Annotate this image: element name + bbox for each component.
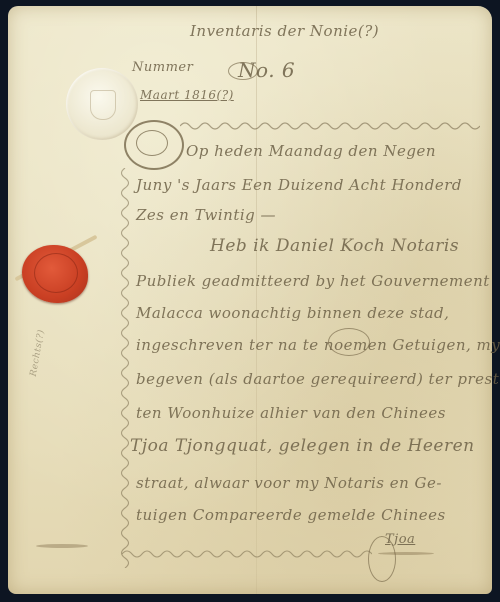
text-line-3: Zes en Twintig —: [136, 206, 276, 224]
text-line-2: Juny 's Jaars Een Duizend Acht Honderd: [136, 176, 462, 194]
text-line-4: Heb ik Daniel Koch Notaris: [210, 236, 459, 256]
ink-flourish: [228, 62, 258, 80]
wax-seal-icon: [22, 245, 88, 303]
decorative-wavy-border-top: [180, 120, 480, 132]
date-note: Maart 1816(?): [140, 88, 234, 102]
text-line-7: ingeschreven ter na te noemen Getuigen, …: [136, 336, 500, 354]
decorative-initial-o: [124, 120, 184, 170]
signature: Tjoa: [385, 532, 415, 547]
ink-smudge: [378, 552, 434, 555]
text-line-5: Publiek geadmitteerd by het Gouvernement: [136, 272, 490, 290]
text-line-11: straat, alwaar voor my Notaris en Ge-: [136, 474, 442, 492]
text-line-9: ten Woonhuize alhier van den Chinees: [136, 404, 446, 422]
text-line-8: begeven (als daartoe gerequireerd) ter p…: [136, 370, 500, 388]
decorative-wavy-border-left: [118, 168, 132, 568]
document-heading: Inventaris der Nonie(?): [190, 22, 379, 40]
reference-label: Nummer: [132, 60, 193, 75]
decorative-wavy-border-bottom: [122, 548, 372, 560]
ink-flourish: [328, 328, 370, 356]
embossed-seal-icon: [66, 68, 138, 140]
ink-smudge: [36, 544, 88, 548]
text-line-10: Tjoa Tjongquat, gelegen in de Heeren: [130, 436, 475, 456]
text-line-1: Op heden Maandag den Negen: [186, 142, 436, 160]
text-line-12: tuigen Compareerde gemelde Chinees: [136, 506, 446, 524]
text-line-6: Malacca woonachtig binnen deze stad,: [136, 304, 449, 322]
